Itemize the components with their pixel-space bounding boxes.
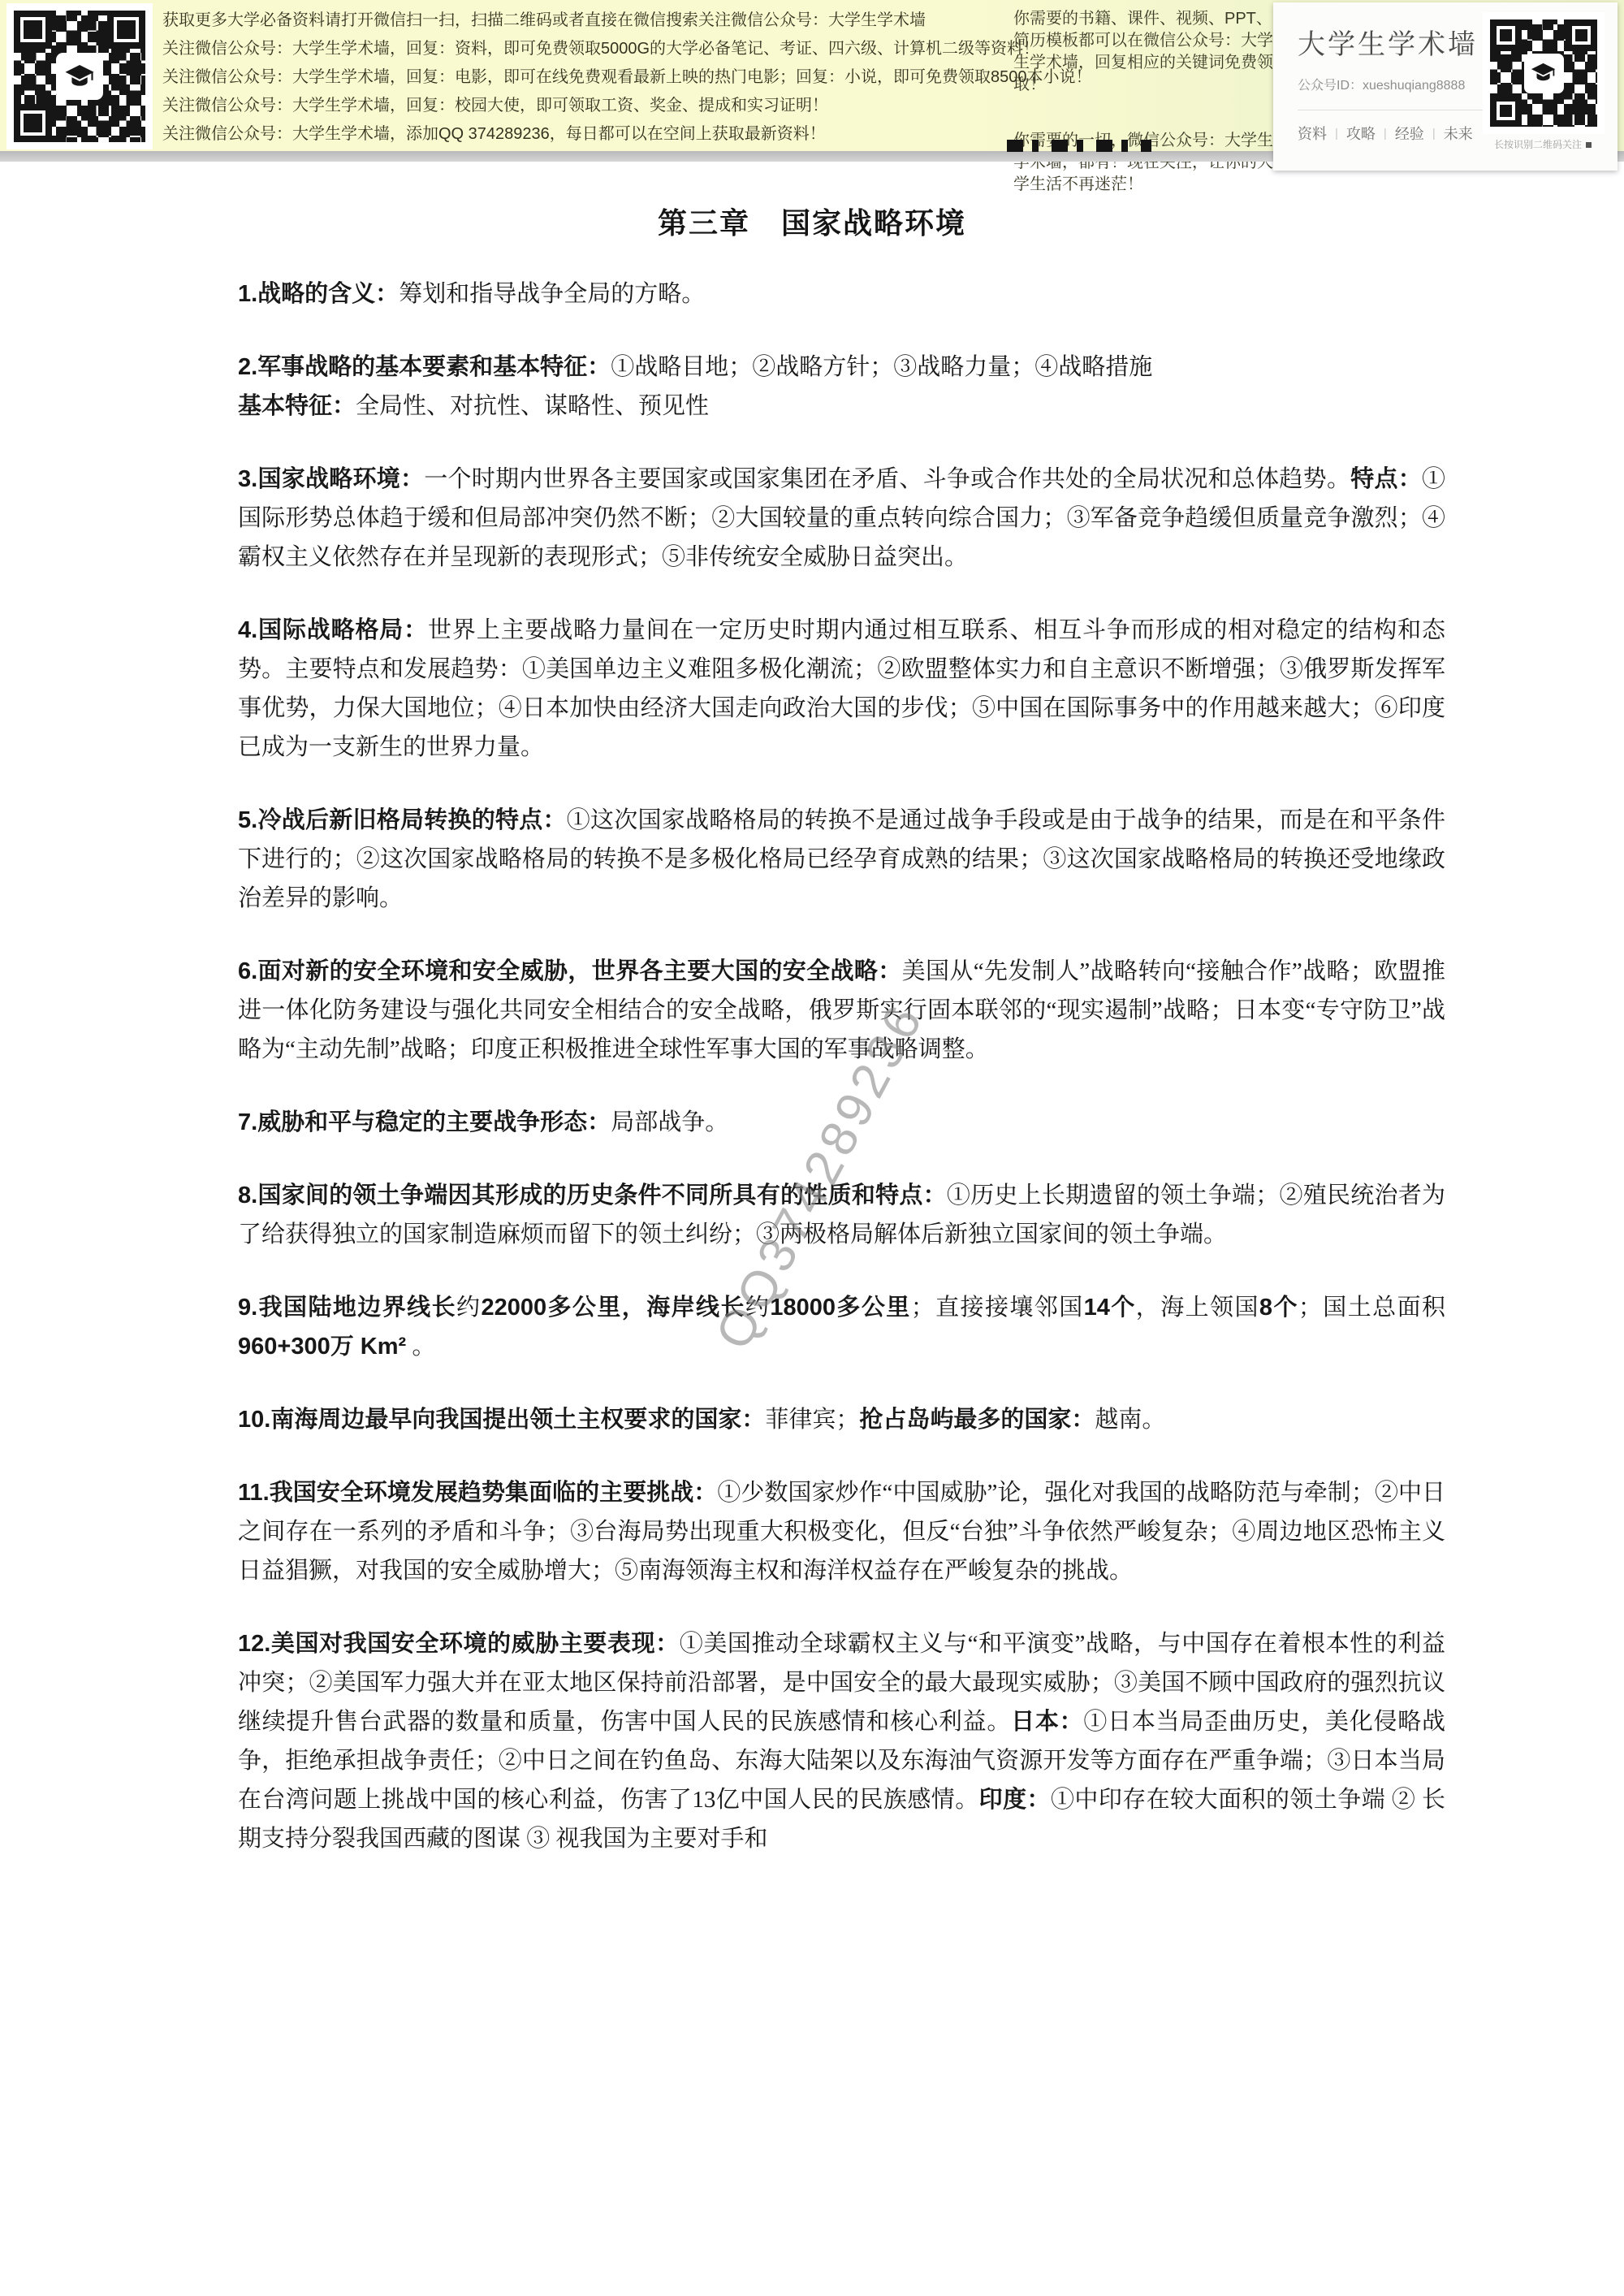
bold-run: 1.战略的含义： — [238, 281, 399, 307]
qr-caption: 长按识别二维码关注 — [1473, 137, 1613, 151]
text-run: ①战略目地；②战略方针；③战略力量；④战略措施 — [611, 354, 1152, 380]
bold-run: 8.国家间的领土争端因其形成的历史条件不同所具有的性质和特点： — [238, 1183, 947, 1209]
document-body: 1.战略的含义：筹划和指导战争全局的方略。2.军事战略的基本要素和基本特征：①战… — [238, 275, 1445, 1858]
page-title: 第三章 国家战略环境 — [0, 162, 1624, 242]
qr-finder-icon — [14, 104, 52, 142]
bold-run: 22000多公里， — [481, 1295, 646, 1321]
text-run: 全局性、对抗性、谋略性、预见性 — [356, 393, 709, 419]
document: 第三章 国家战略环境 1.战略的含义：筹划和指导战争全局的方略。2.军事战略的基… — [0, 162, 1624, 1892]
qr-code-banner — [6, 3, 153, 149]
paragraph: 3.国家战略环境：一个时期内世界各主要国家或国家集团在矛盾、斗争或合作共处的全局… — [238, 460, 1445, 577]
graduation-cap-icon — [1526, 55, 1562, 92]
paragraph: 11.我国安全环境发展趋势集面临的主要挑战：①少数国家炒作“中国威胁”论，强化对… — [238, 1473, 1445, 1590]
banner-line: 关注微信公众号：大学生学术墙，回复：电影，即可在线免费观看最新上映的热门电影；回… — [162, 63, 1072, 92]
bold-run: 14个 — [1084, 1295, 1136, 1321]
bold-run: 12.美国对我国安全环境的威胁主要表现： — [238, 1631, 680, 1657]
qr-caption-text: 长按识别二维码关注 — [1494, 139, 1582, 150]
bold-run: 2.军事战略的基本要素和基本特征： — [238, 354, 611, 380]
divider: | — [1335, 127, 1338, 141]
banner-right-paragraph: 你需要的书籍、课件、视频、PPT、简历模板都可以在微信公众号：大学生学术墙，回复… — [1013, 8, 1275, 96]
banner-text-lines: 获取更多大学必备资料请打开微信扫一扫，扫描二维码或者直接在微信搜索关注微信公众号… — [162, 6, 1072, 149]
paragraph: 12.美国对我国安全环境的威胁主要表现：①美国推动全球霸权主义与“和平演变”战略… — [238, 1624, 1445, 1858]
account-keywords: 资料|攻略|经验|未来 — [1298, 123, 1486, 144]
card-footer-item: 经验 — [1395, 123, 1424, 144]
qr-finder-icon — [1490, 95, 1522, 127]
text-run: ；国土总面积 — [1298, 1295, 1445, 1321]
bold-run: 11.我国安全环境发展趋势集面临的主要挑战： — [238, 1480, 717, 1506]
account-card: 大学生学术墙 公众号ID：xueshuqiang8888 资料|攻略|经验|未来… — [1273, 2, 1618, 171]
qr-code-fragment — [1007, 140, 1151, 152]
text-run: 。 — [406, 1334, 435, 1360]
paragraph: 8.国家间的领土争端因其形成的历史条件不同所具有的性质和特点：①历史上长期遗留的… — [238, 1176, 1445, 1254]
bold-run: 18000多公里 — [770, 1295, 910, 1321]
card-footer-item: 资料 — [1298, 123, 1327, 144]
paragraph: 7.威胁和平与稳定的主要战争形态：局部战争。 — [238, 1103, 1445, 1142]
account-title: 大学生学术墙 — [1298, 22, 1486, 62]
bold-run: 9.我国陆地边界线长 — [238, 1295, 456, 1321]
text-run: 菲律宾； — [765, 1407, 859, 1433]
text-run: ；直接接壤邻国 — [911, 1295, 1084, 1321]
page: 获取更多大学必备资料请打开微信扫一扫，扫描二维码或者直接在微信搜索关注微信公众号… — [0, 0, 1624, 2296]
card-footer-item: 攻略 — [1346, 123, 1376, 144]
bold-run: 10.南海周边最早向我国提出领土主权要求的国家： — [238, 1407, 765, 1433]
account-id: 公众号ID：xueshuqiang8888 — [1298, 75, 1486, 93]
qr-finder-icon — [107, 11, 145, 49]
paragraph: 9.我国陆地边界线长约22000多公里，海岸线长约18000多公里；直接接壤邻国… — [238, 1288, 1445, 1366]
bold-run: 基本特征： — [238, 393, 356, 419]
bold-run: 日本： — [1011, 1709, 1083, 1735]
text-run: 局部战争。 — [611, 1109, 728, 1135]
qr-finder-icon — [1566, 19, 1597, 51]
text-run: ，海上领国 — [1136, 1295, 1259, 1321]
dot-icon — [1586, 142, 1592, 148]
bold-run: 印度： — [979, 1787, 1051, 1813]
banner-line: 关注微信公众号：大学生学术墙，回复：校园大使，即可领取工资、奖金、提成和实习证明… — [162, 92, 1072, 120]
qr-finder-icon — [1490, 19, 1522, 51]
bold-run: 5.冷战后新旧格局转换的特点： — [238, 807, 567, 833]
divider: | — [1384, 127, 1387, 141]
bold-run: 海岸线长 — [646, 1295, 745, 1321]
banner-line: 关注微信公众号：大学生学术墙，添加QQ 374289236，每日都可以在空间上获… — [162, 120, 1072, 149]
text-run: 越南。 — [1095, 1407, 1165, 1433]
qr-finder-icon — [14, 11, 52, 49]
divider — [1298, 110, 1486, 110]
paragraph: 10.南海周边最早向我国提出领土主权要求的国家：菲律宾；抢占岛屿最多的国家：越南… — [238, 1400, 1445, 1439]
divider: | — [1432, 127, 1436, 141]
bold-run: 特点： — [1350, 466, 1422, 492]
bold-run: 6.面对新的安全环境和安全威胁，世界各主要大国的安全战略： — [238, 958, 902, 984]
card-footer-item: 未来 — [1444, 123, 1473, 144]
text-run: 约 — [745, 1295, 770, 1321]
text-run: 筹划和指导战争全局的方略。 — [399, 281, 705, 307]
paragraph: 4.国际战略格局：世界上主要战略力量间在一定历史时期内通过相互联系、相互斗争而形… — [238, 611, 1445, 767]
paragraph: 2.军事战略的基本要素和基本特征：①战略目地；②战略方针；③战略力量；④战略措施… — [238, 348, 1445, 426]
bold-run: 抢占岛屿最多的国家： — [859, 1407, 1095, 1433]
bold-run: 960+300万 Km² — [238, 1334, 406, 1360]
banner-line: 获取更多大学必备资料请打开微信扫一扫，扫描二维码或者直接在微信搜索关注微信公众号… — [162, 6, 1072, 35]
paragraph: 5.冷战后新旧格局转换的特点：①这次国家战略格局的转换不是通过战争手段或是由于战… — [238, 801, 1445, 918]
paragraph: 1.战略的含义：筹划和指导战争全局的方略。 — [238, 275, 1445, 313]
bold-run: 8个 — [1259, 1295, 1298, 1321]
text-run: 约 — [456, 1295, 481, 1321]
bold-run: 3.国家战略环境： — [238, 466, 424, 492]
graduation-cap-icon — [58, 54, 101, 98]
banner-line: 关注微信公众号：大学生学术墙，回复：资料，即可免费领取5000G的大学必备笔记、… — [162, 35, 1072, 63]
bold-run: 7.威胁和平与稳定的主要战争形态： — [238, 1109, 611, 1135]
account-card-info: 大学生学术墙 公众号ID：xueshuqiang8888 资料|攻略|经验|未来 — [1298, 22, 1486, 144]
paragraph: 6.面对新的安全环境和安全威胁，世界各主要大国的安全战略：美国从“先发制人”战略… — [238, 952, 1445, 1069]
text-run: 一个时期内世界各主要国家或国家集团在矛盾、斗争或合作共处的全局状况和总体趋势。 — [424, 466, 1350, 492]
qr-code-card — [1483, 12, 1605, 134]
bold-run: 4.国际战略格局： — [238, 617, 428, 643]
